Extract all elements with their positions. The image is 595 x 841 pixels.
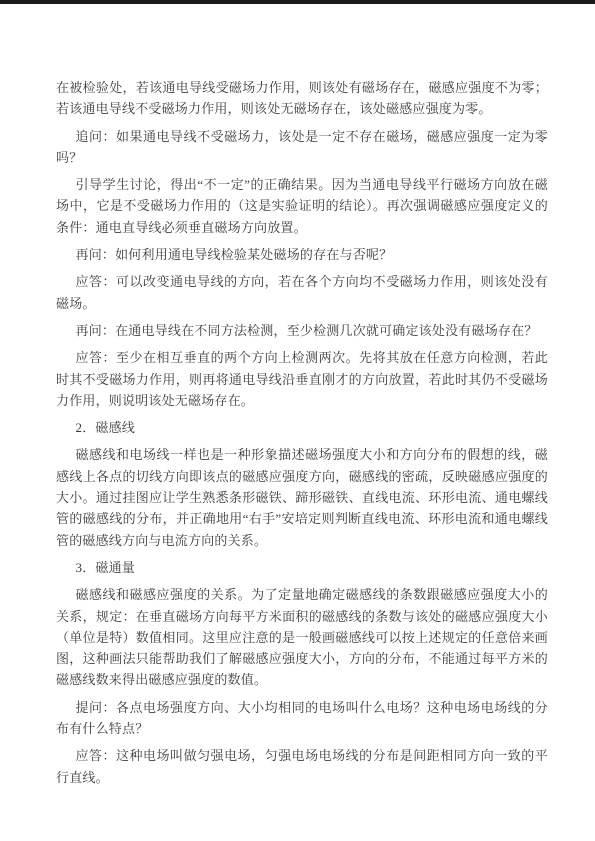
paragraph-question: 提问：各点电场强度方向、大小均相同的电场叫什么电场？这种电场电场线的分布有什么特…: [56, 697, 548, 740]
document-content: 在被检验处，若该通电导线受磁场力作用，则该处有磁场存在，磁感应强度不为零；若该通…: [56, 77, 548, 794]
paragraph-answer: 应答：这种电场叫做匀强电场，匀强电场电场线的分布是间距相同方向一致的平行直线。: [56, 745, 548, 788]
paragraph-question: 再问：如何利用通电导线检验某处磁场的存在与否呢？: [56, 244, 548, 265]
section-heading-magnetic-flux: 3．磁通量: [56, 557, 548, 578]
paragraph-answer: 应答：可以改变通电导线的方向，若在各个方向均不受磁场力作用，则该处没有磁场。: [56, 271, 548, 314]
paragraph-answer: 应答：至少在相互垂直的两个方向上检测两次。先将其放在任意方向检测，若此时其不受磁…: [56, 347, 548, 411]
paragraph-discussion: 引导学生讨论，得出“不一定”的正确结果。因为当通电导线平行磁场方向放在磁场中，它…: [56, 174, 548, 238]
paragraph-body: 磁感线和电场线一样也是一种形象描述磁场强度大小和方向分布的假想的线，磁感线上各点…: [56, 444, 548, 550]
paragraph-continuation: 在被检验处，若该通电导线受磁场力作用，则该处有磁场存在，磁感应强度不为零；若该通…: [56, 77, 548, 120]
scan-edge-artifact: [0, 0, 595, 4]
paragraph-question: 再问：在通电导线在不同方法检测，至少检测几次就可确定该处没有磁场存在？: [56, 320, 548, 341]
section-heading-magnetic-field-lines: 2．磁感线: [56, 417, 548, 438]
paragraph-question-followup: 追问：如果通电导线不受磁场力，该处是一定不存在磁场，磁感应强度一定为零吗？: [56, 126, 548, 169]
document-page: 在被检验处，若该通电导线受磁场力作用，则该处有磁场存在，磁感应强度不为零；若该通…: [0, 0, 595, 841]
paragraph-body: 磁感线和磁感应强度的关系。为了定量地确定磁感线的条数跟磁感应强度大小的关系，规定…: [56, 584, 548, 690]
